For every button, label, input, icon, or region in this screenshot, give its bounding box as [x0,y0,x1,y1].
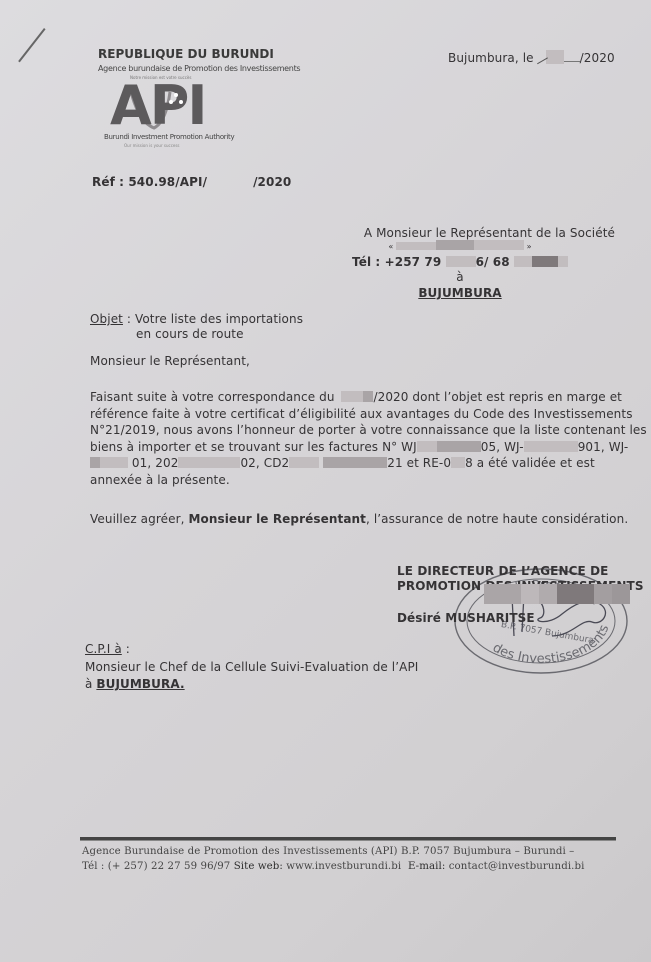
addressee-line1: A Monsieur le Représentant de la Société [290,226,615,240]
salutation: Monsieur le Représentant, [90,354,250,368]
redacted-invoice [451,457,465,468]
addressee-company: « » [300,240,620,251]
redaction-block [557,584,594,604]
logo-stars-icon [166,92,186,106]
letter-date: Bujumbura, le/2020 [448,50,615,65]
body-line: 01, 20202, CD2 21 et RE-08 a été validée… [90,455,622,472]
reference-suffix: /2020 [253,175,291,189]
staple-mark [18,28,45,62]
date-blank [564,51,580,62]
logo-text: API [110,82,205,130]
redaction-block [521,584,539,604]
footer-phone: Tél : (+ 257) 22 27 59 96/97 [82,861,230,872]
redacted-invoice [100,457,128,468]
redacted-company [436,240,474,250]
redacted-phone [558,256,568,267]
redaction-block [612,584,630,604]
redacted-phone [532,256,558,267]
body-line: Faisant suite à votre correspondance du … [90,389,622,406]
date-year: /2020 [580,51,615,65]
signatory-title-line1: LE DIRECTEUR DE L’AGENCE DE [397,564,608,578]
subject-line1: Votre liste des importations [135,312,303,326]
footer-website-link[interactable]: www.investburundi.bi [286,861,401,872]
letterhead-agency-fr: Agence burundaise de Promotion des Inves… [98,64,300,73]
signatory-name: Désiré MUSHARITSE [397,611,535,625]
addressee-city: BUJUMBURA [300,286,620,300]
redacted-invoice [437,441,481,452]
redacted-phone [514,256,532,267]
subject-line2: en cours de route [136,327,244,341]
redaction-block [594,584,612,604]
redacted-invoice [524,441,578,452]
body-paragraph: Faisant suite à votre correspondance du … [90,389,622,489]
cc-label: C.P.I à : [85,642,130,656]
date-prefix: Bujumbura, le [448,51,534,65]
subject-label: Objet [90,312,123,326]
cc-recipient: Monsieur le Chef de la Cellule Suivi-Eva… [85,660,418,674]
redacted-invoice [90,457,100,468]
letterhead-tagline-en: Our mission is your success [124,143,180,148]
redaction-block [484,584,521,604]
closing: Veuillez agréer, Monsieur le Représentan… [90,512,628,526]
redacted-company [396,242,436,250]
letterhead-country: REPUBLIQUE DU BURUNDI [98,47,274,61]
api-logo: API [108,82,218,130]
redaction-block [539,584,557,604]
redacted-date [341,391,363,402]
addressee-phone: Tél : +257 79 6/ 68 [300,255,620,269]
redacted-invoice [289,457,319,468]
redacted-phone [446,256,476,267]
body-line: référence faite à votre certificat d’éli… [90,406,622,423]
body-line: N°21/2019, nous avons l’honneur de porte… [90,422,622,439]
reference-prefix: Réf : 540.98/API/ [92,175,207,189]
redacted-date [363,391,373,402]
reference-blank [207,176,253,186]
redacted-signature-area [484,584,630,604]
footer-address: Agence Burundaise de Promotion des Inves… [82,846,574,857]
redacted-day [546,50,564,64]
redacted-invoice [178,457,240,468]
body-line: annexée à la présente. [90,472,622,489]
redacted-invoice [417,441,437,452]
footer-contacts: Tél : (+ 257) 22 27 59 96/97 Site web: w… [82,861,585,872]
footer-divider [80,837,616,841]
reference-number: Réf : 540.98/API//2020 [92,175,291,189]
cc-city: à BUJUMBURA. [85,677,185,691]
redacted-invoice [323,457,387,468]
subject: Objet : Votre liste des importations [90,312,303,326]
redacted-company [474,240,524,250]
letterhead-agency-en: Burundi Investment Promotion Authority [104,133,234,141]
body-line: biens à importer et se trouvant sur les … [90,439,622,456]
addressee-a: à [300,270,620,284]
footer-email-link[interactable]: contact@investburundi.bi [449,861,585,872]
